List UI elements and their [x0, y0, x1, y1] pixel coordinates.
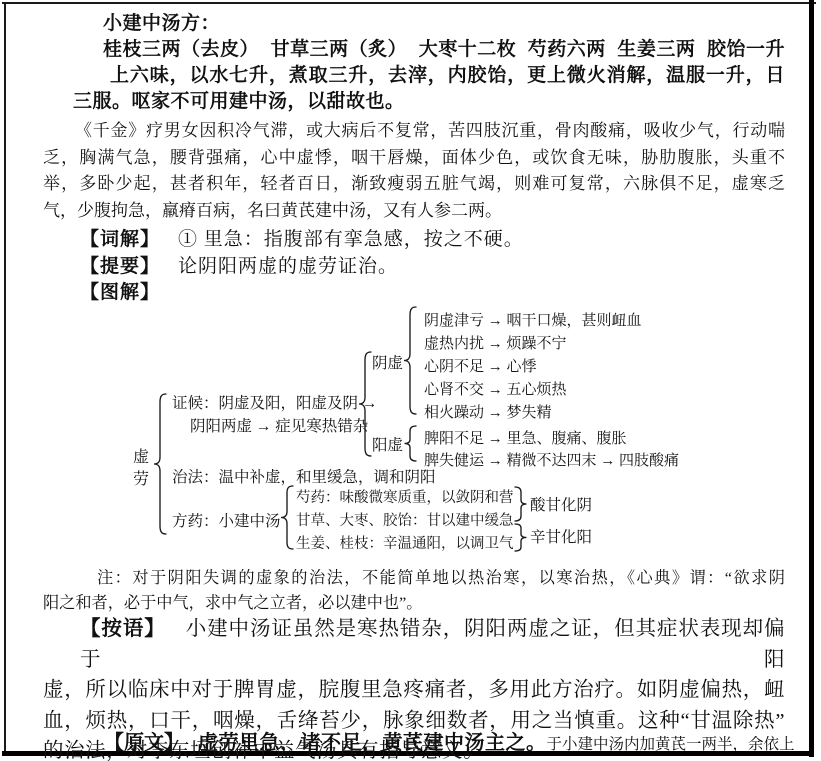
diagram-root-label: 虚劳	[133, 447, 153, 491]
paragraph-text: 小建中汤证虽然是寒热错杂，阴阳两虚之证，但其症状表现却偏于阳	[80, 618, 785, 671]
section-label: 【图解】	[80, 282, 160, 303]
usage-line: 上六味，以水七升，煮取三升，去滓，内胶饴，更上微火消解，温服一升，日	[73, 63, 785, 89]
section-cijie: 【词解】① 里急：指腹部有挛急感，按之不硬。	[80, 228, 524, 252]
brace-yangxu	[403, 425, 417, 462]
paragraph-line: 举，多卧少起，甚者积年，轻者百日，渐致瘦弱五脏气竭，则难可复常，六脉俱不足，虚寒…	[43, 171, 785, 198]
section-label: 【词解】	[80, 229, 160, 250]
section-text: ① 里急：指腹部有挛急感，按之不硬。	[178, 229, 524, 250]
prescription-block: 小建中汤方： 桂枝三两（去皮） 甘草三两（炙） 大枣十二枚 芍药六两 生姜三两 …	[73, 11, 785, 115]
brace-central	[358, 351, 372, 457]
brace-result-1	[514, 486, 528, 522]
ingredient: 桂枝三两（去皮）	[103, 37, 259, 63]
brace-yinxu	[403, 306, 417, 415]
paragraph-line: 虚，所以临床中对于脾胃虚，脘腹里急疼痛者，多用此方治疗。如阴虚偏热，衄	[43, 675, 785, 706]
section-text: 论阴阳两虚的虚劳证治。	[178, 256, 398, 277]
original-text-note: 于小建中汤内加黄芪一两半，余依上	[547, 736, 795, 753]
ingredient: 甘草三两（炙）	[271, 37, 408, 63]
diagram-item: 甘草、大枣、胶饴：甘以建中缓急	[296, 511, 514, 531]
note-paragraph: 注：对于阴阳失调的虚象的治法，不能简单地以热治寒，以寒治热，《心典》谓：“欲求阴…	[43, 566, 785, 617]
diagram-item: 心阴不足 → 心悸	[424, 357, 537, 377]
paragraph-line: 气，少腹拘急，羸瘠百病，名曰黄芪建中汤，又有人参二两。	[43, 198, 785, 225]
paragraph-line: 乏，胸满气急，腰背强痛，心中虚悸，咽干唇燥，面体少色，或饮食无味，胁肋腹胀，头重…	[43, 145, 785, 172]
diagram-yangxu-label: 阳虚	[372, 436, 403, 456]
diagram-item: 阴虚津亏 → 咽干口燥，甚则衄血	[424, 311, 642, 331]
paragraph-line: 注：对于阴阳失调的虚象的治法，不能简单地以热治寒，以寒治热，《心典》谓：“欲求阴	[43, 566, 785, 591]
diagram-treatment-line: 治法：温中补虚，和里缓急，调和阴阳	[172, 468, 436, 488]
usage-line: 三服。呕家不可用建中汤，以甜故也。	[73, 89, 785, 115]
diagram-item: 心肾不交 → 五心烦热	[424, 380, 567, 400]
section-tiyao: 【提要】论阴阳两虚的虚劳证治。	[80, 255, 398, 279]
brace-fangyao	[280, 485, 294, 550]
paragraph-line: 阳之和者，必于中气，求中气之立者，必以建中也”。	[43, 591, 785, 616]
page-border-left	[4, 2, 6, 753]
original-text-line: 【原文】虚劳里急，诸不足，黄芪建中汤主之。于小建中汤内加黄芪一两半，余依上	[43, 731, 785, 757]
brace-main	[153, 393, 167, 535]
ingredient: 胶饴一升	[707, 37, 785, 63]
diagram-symptom-line2: 阴阳两虚 → 症见寒热错杂	[190, 417, 368, 437]
section-label: 【原文】	[43, 732, 184, 754]
paragraph-line: 《千金》疗男女因积冷气滞，或大病后不复常，苦四肢沉重，骨肉酸痛，吸收少气，行动喘	[43, 118, 785, 145]
diagram-item: 脾阳不足 → 里急、腹痛、腹胀	[424, 429, 627, 449]
ingredient: 大枣十二枚	[419, 37, 517, 63]
book-page: 小建中汤方： 桂枝三两（去皮） 甘草三两（炙） 大枣十二枚 芍药六两 生姜三两 …	[0, 0, 821, 761]
diagram-result: 酸甘化阴	[530, 496, 592, 516]
qianjin-quote-paragraph: 《千金》疗男女因积冷气滞，或大病后不复常，苦四肢沉重，骨肉酸痛，吸收少气，行动喘…	[43, 118, 785, 224]
ingredient-line: 桂枝三两（去皮） 甘草三两（炙） 大枣十二枚 芍药六两 生姜三两 胶饴一升	[73, 37, 785, 63]
original-text-bold: 虚劳里急，诸不足，黄芪建中汤主之。	[198, 732, 547, 754]
section-label: 【按语】	[80, 617, 166, 640]
diagram-formula-label: 方药：小建中汤	[172, 512, 281, 532]
diagram-symptom-line1: 证候：阴虚及阳，阳虚及阴 →	[172, 394, 377, 414]
prescription-title: 小建中汤方：	[73, 11, 785, 37]
diagram-yinxu-label: 阴虚	[372, 354, 403, 374]
section-label: 【提要】	[80, 256, 160, 277]
page-border-top	[2, 2, 816, 4]
diagram-item: 虚热内扰 → 烦躁不宁	[424, 334, 567, 354]
ingredient: 芍药六两	[528, 37, 606, 63]
diagram-item: 相火躁动 → 梦失精	[424, 403, 552, 423]
brace-result-2	[514, 523, 528, 552]
diagram-item: 脾失健运 → 精微不达四末 → 四肢酸痛	[424, 451, 679, 471]
diagram-item: 生姜、桂枝：辛温通阳，以调卫气	[296, 534, 514, 554]
ingredient: 生姜三两	[617, 37, 695, 63]
page-border-right	[809, 0, 814, 757]
diagram-result: 辛甘化阳	[530, 528, 592, 548]
diagram-item: 芍药：味酸微寒质重，以敛阴和营	[296, 488, 514, 508]
paragraph-line: 【按语】小建中汤证虽然是寒热错杂，阴阳两虚之证，但其症状表现却偏于阳	[43, 614, 785, 675]
section-tujie: 【图解】	[80, 281, 160, 305]
